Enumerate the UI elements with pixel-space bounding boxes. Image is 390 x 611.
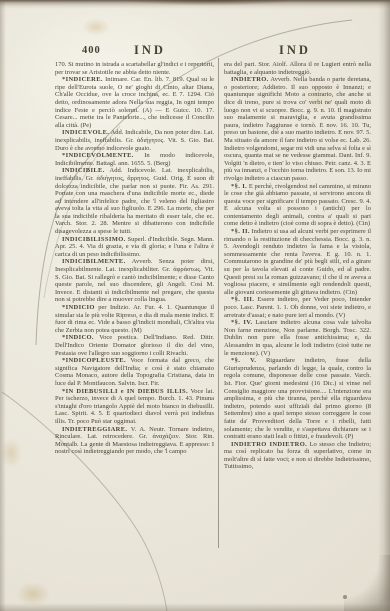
dictionary-entry: INDIETREGGIARE. V. A. Neutr. Tornare ind… <box>55 426 214 456</box>
dictionary-entry: *§. III. Essere indietro, per Veder poco… <box>224 296 371 319</box>
dictionary-entry: INDICIBILE. Add. Indicevole. Lat. inexpl… <box>55 167 214 235</box>
page-number: 400 <box>82 45 101 56</box>
dictionary-entry: *§. V. Riguardare indietro, frase della … <box>224 357 371 441</box>
scanned-dictionary-page: 400 IND IND 170. Si mutino in istrada a … <box>0 0 390 611</box>
dictionary-entry: *INDICIO per Indizio. Ar. Fur. 4. 1. Qua… <box>55 304 214 334</box>
page-edge-bottom <box>0 603 390 611</box>
dictionary-entry: *§. II. Indietro si usa ad alcuni verbi … <box>224 228 371 296</box>
dictionary-entry: *§. I. E perchè, rivolgendosi nel cammin… <box>224 183 371 229</box>
left-column: 170. Si mutino in istrada a scartabellar… <box>55 61 214 547</box>
stain <box>82 18 110 36</box>
running-head: 400 IND IND <box>0 43 390 58</box>
running-head-left: IND <box>134 43 166 58</box>
dictionary-entry: era del pari. Stor. Aiolf. Allora il re … <box>224 61 371 76</box>
dictionary-entry: *INDICO. Voce poetica. Dell'Indiano. Red… <box>55 334 214 357</box>
dictionary-entry: *INDICOPLEUSTE. Voce formata dal greco, … <box>55 357 214 387</box>
dictionary-entry: *INDICERE. Intimare. Car. En. lib. 7. 81… <box>55 76 214 129</box>
right-column: era del pari. Stor. Aiolf. Allora il re … <box>224 61 371 547</box>
page-edge-smudge <box>120 0 300 7</box>
page-edge-right <box>378 0 390 611</box>
page-corner-shadow <box>344 555 390 611</box>
running-head-right: IND <box>279 43 311 58</box>
dictionary-entry: INDIETRO INDIETRO. Lo stesso che Indietr… <box>224 441 371 471</box>
dictionary-entry: *§. IV. Lasciare indietro alcuna cosa va… <box>224 319 371 357</box>
dictionary-entry: 170. Si mutino in istrada a scartabellar… <box>55 61 214 76</box>
page-edge-left <box>0 0 6 611</box>
dictionary-entry: *IN DIEBUSILLI e IN DIEBUS ILLIS. Voce l… <box>55 388 214 426</box>
column-divider <box>218 58 219 548</box>
dictionary-entry: INDICEVOLE. Add. Indicabile, Da non pote… <box>55 129 214 152</box>
dictionary-entry: INDICIBILMENTE. Avverb. Senza poter dirs… <box>55 258 214 304</box>
dictionary-entry: INDIETRO. Avverb. Nella banda o parte de… <box>224 76 371 182</box>
dictionary-entry: INDICIBILISSIMO. Superl. d'Indicibile. S… <box>55 236 214 259</box>
dictionary-entry: *INDICEVOLMENTE. In modo indicevole, Ind… <box>55 152 214 167</box>
